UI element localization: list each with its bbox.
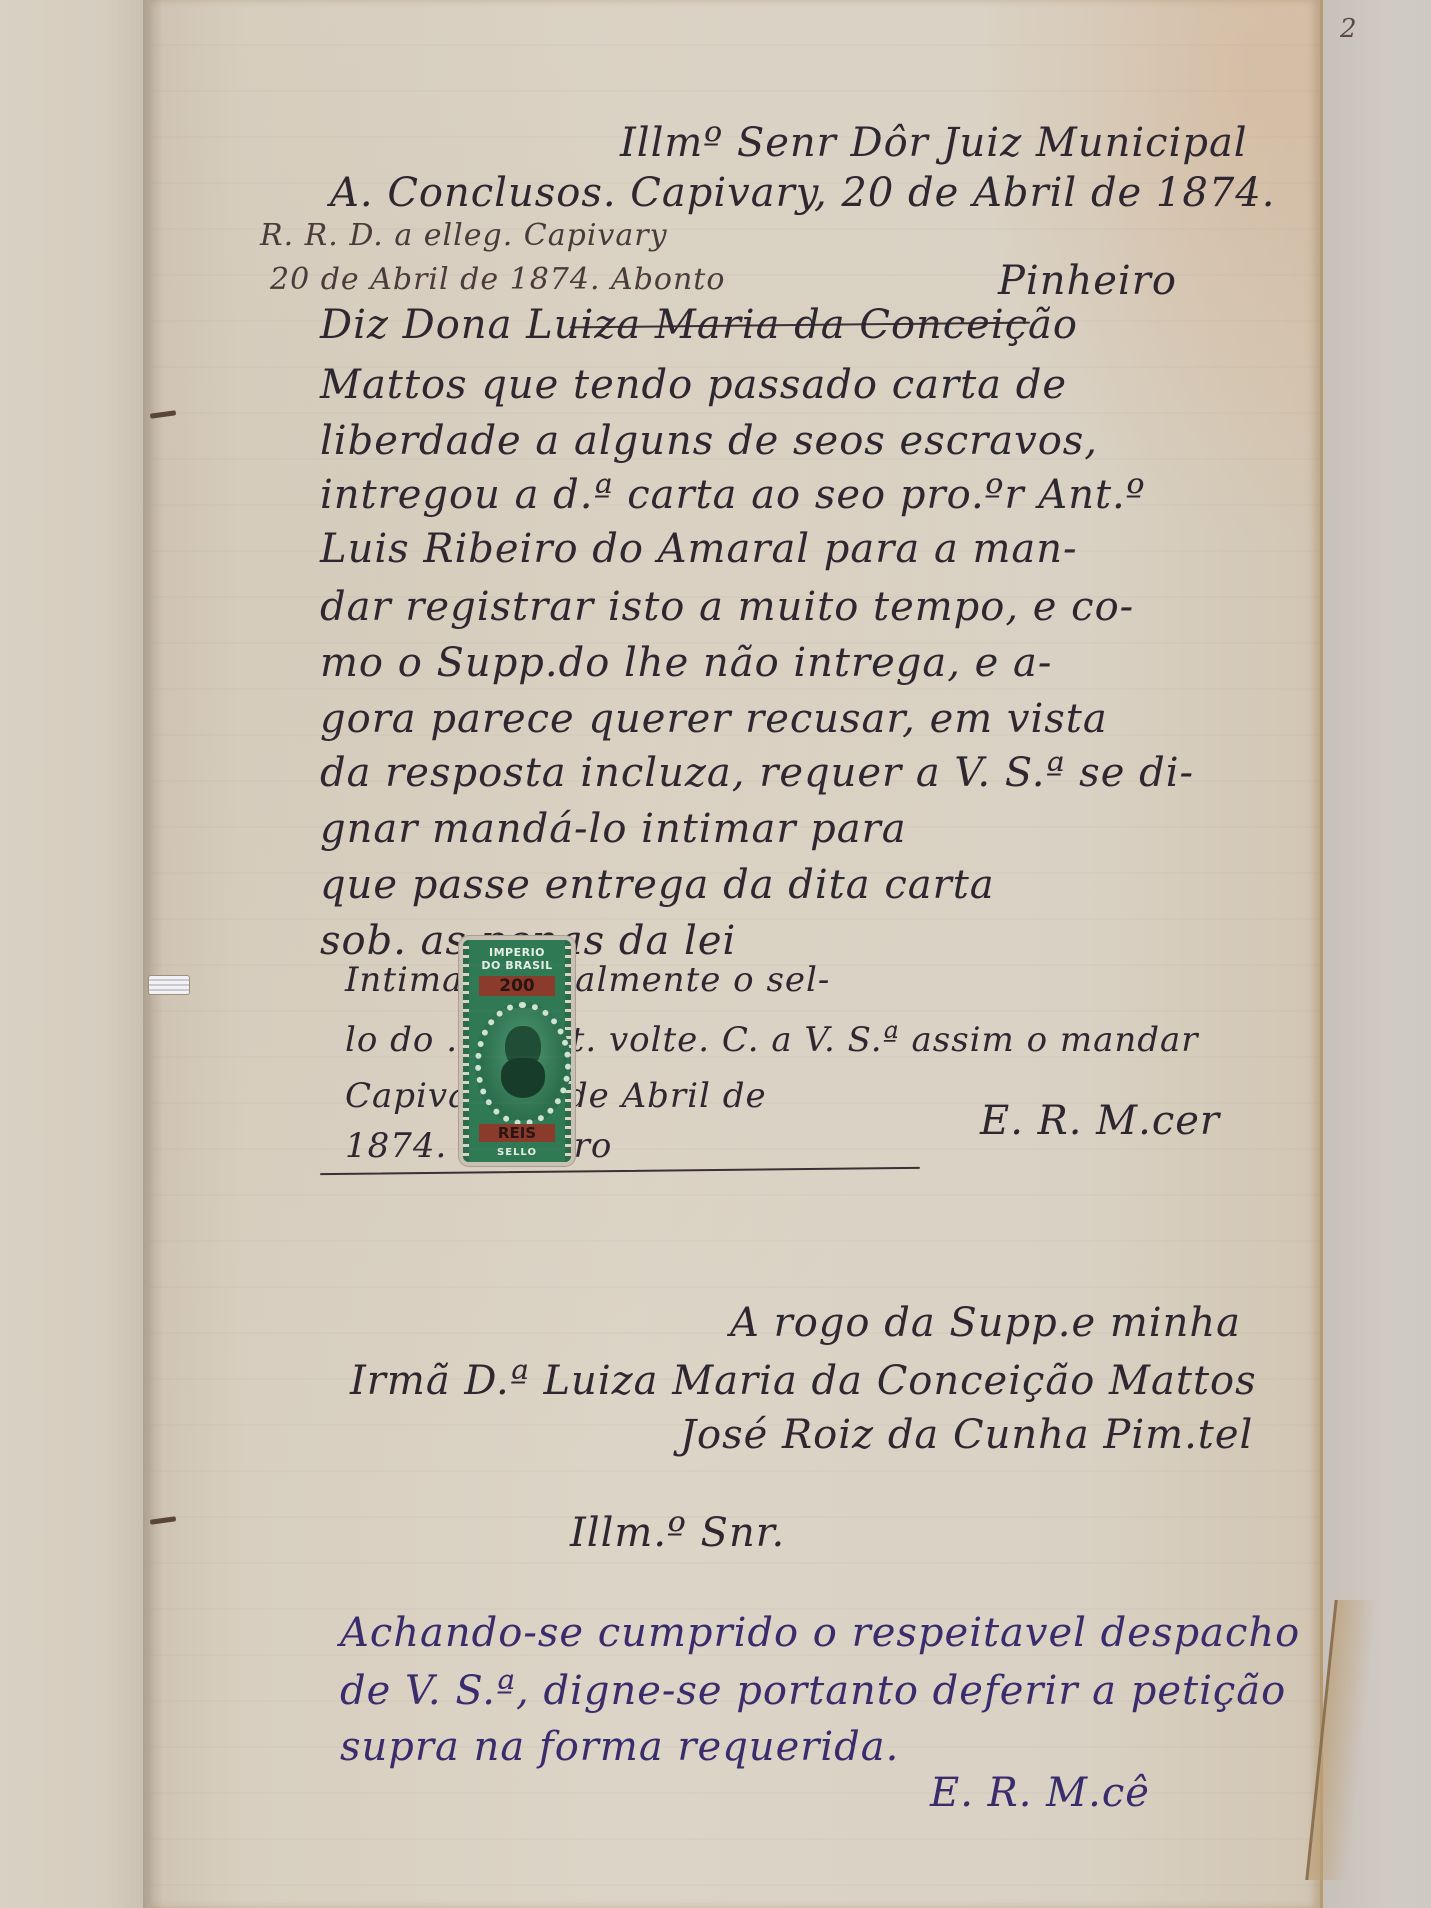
petition-line: da resposta incluza, requer a V. S.ª se … [320, 750, 1194, 796]
petition-line: intregou a d.ª carta ao seo pro.ºr Ant.º [320, 472, 1146, 518]
response-line: supra na forma requerida. [340, 1724, 899, 1770]
stamp-title-line-2: DO BRASIL [469, 959, 565, 972]
stamp-title: IMPERIO DO BRASIL [469, 946, 565, 972]
petition-line: que passe entrega da dita carta [320, 862, 995, 908]
petition-line: Mattos que tendo passado carta de [320, 362, 1067, 408]
stamp-title-line-1: IMPERIO [469, 946, 565, 959]
binding-spine [143, 0, 163, 1908]
stamp-perforation-left [463, 940, 469, 1162]
emperor-portrait-icon [475, 1002, 571, 1126]
margin-despacho-signature: Pinheiro [998, 258, 1177, 304]
stamp-value: 200 [479, 976, 555, 996]
heading-salutation: Illmº Senr Dôr Juiz Municipal [620, 120, 1248, 166]
petition-line: dar registrar isto a muito tempo, e co- [320, 584, 1134, 630]
portrait-beard [501, 1058, 545, 1098]
stamp-footer: SELLO [469, 1147, 565, 1158]
despacho-line: Intimado legalmente o sel- [345, 960, 830, 1000]
margin-despacho-line-2: R. R. D. a elleg. Capivary [260, 218, 668, 253]
petition-line: Diz Dona Luiza Maria da Conceição [320, 302, 1078, 348]
petition-line: gora parece querer recusar, em vista [320, 696, 1108, 742]
margin-despacho-line-1: A. Conclusos. Capivary, 20 de Abril de 1… [330, 170, 1275, 216]
manuscript-page: 2 Illmº Senr Dôr Juiz Municipal A. Concl… [150, 0, 1323, 1908]
response-closing: E. R. M.cê [930, 1770, 1150, 1816]
petition-line: gnar mandá-lo intimar para [320, 806, 907, 852]
signature-line: José Roiz da Cunha Pim.tel [680, 1412, 1253, 1458]
response-line: Achando-se cumprido o respeitavel despac… [340, 1610, 1300, 1656]
petition-line: liberdade a alguns de seos escravos, [320, 418, 1098, 464]
margin-despacho-line-3: 20 de Abril de 1874. Abonto [270, 262, 725, 297]
petition-line: Luis Ribeiro do Amaral para a man- [320, 526, 1078, 572]
signature-line: A rogo da Supp.e minha [730, 1300, 1241, 1346]
binding-thread [148, 975, 190, 995]
despacho-underline [320, 1167, 920, 1175]
page-number: 2 [1340, 14, 1357, 44]
response-salutation: Illm.º Snr. [570, 1510, 785, 1556]
response-line: de V. S.ª, digne-se portanto deferir a p… [340, 1668, 1286, 1714]
petition-line: mo o Supp.do lhe não intrega, e a- [320, 640, 1052, 686]
left-facing-page [0, 0, 150, 1908]
stamp-unit: REIS [479, 1124, 555, 1142]
imperial-tax-stamp: IMPERIO DO BRASIL 200 REIS SELLO [463, 940, 571, 1162]
despacho-closing: E. R. M.cer [980, 1098, 1220, 1144]
signature-line: Irmã D.ª Luiza Maria da Conceição Mattos [350, 1358, 1257, 1404]
